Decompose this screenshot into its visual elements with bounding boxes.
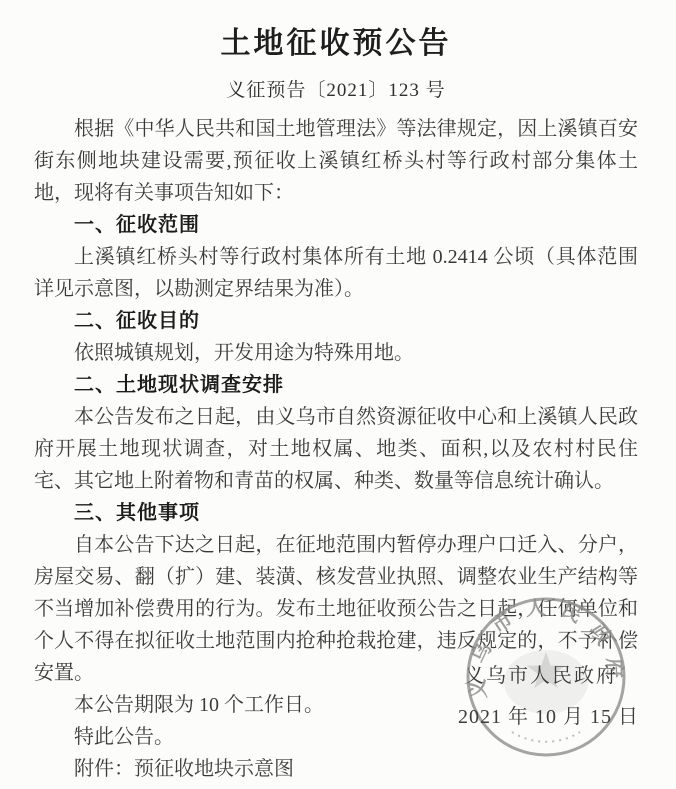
- document-title: 土地征收预公告: [34, 18, 638, 62]
- signature-date: 2021 年 10 月 15 日: [458, 700, 639, 729]
- section-body: 本公告发布之日起，由义乌市自然资源征收中心和上溪镇人民政府开展土地现状调查，对土…: [34, 401, 638, 497]
- document-number: 义征预告〔2021〕123 号: [34, 75, 638, 102]
- attachment-line: 附件：预征收地块示意图: [34, 753, 638, 785]
- section-block: 二、征收目的 依照城镇规划，开发用途为特殊用地。: [34, 305, 638, 369]
- section-heading: 二、土地现状调查安排: [34, 369, 638, 401]
- announcement-page: 土地征收预公告 义征预告〔2021〕123 号 根据《中华人民共和国土地管理法》…: [0, 0, 676, 789]
- section-heading: 二、征收目的: [34, 305, 638, 337]
- section-heading: 一、征收范围: [34, 209, 638, 241]
- section-body: 依照城镇规划，开发用途为特殊用地。: [34, 337, 638, 369]
- section-body: 上溪镇红桥头村等行政村集体所有土地 0.2414 公顷（具体范围详见示意图，以勘…: [34, 241, 638, 305]
- signature-authority: 义乌市人民政府: [464, 659, 618, 688]
- section-heading: 三、其他事项: [34, 497, 638, 529]
- intro-paragraph: 根据《中华人民共和国土地管理法》等法律规定，因上溪镇百安街东侧地块建设需要,预征…: [34, 113, 638, 209]
- section-block: 一、征收范围 上溪镇红桥头村等行政村集体所有土地 0.2414 公顷（具体范围详…: [34, 209, 638, 305]
- section-block: 二、土地现状调查安排 本公告发布之日起，由义乌市自然资源征收中心和上溪镇人民政府…: [34, 369, 638, 497]
